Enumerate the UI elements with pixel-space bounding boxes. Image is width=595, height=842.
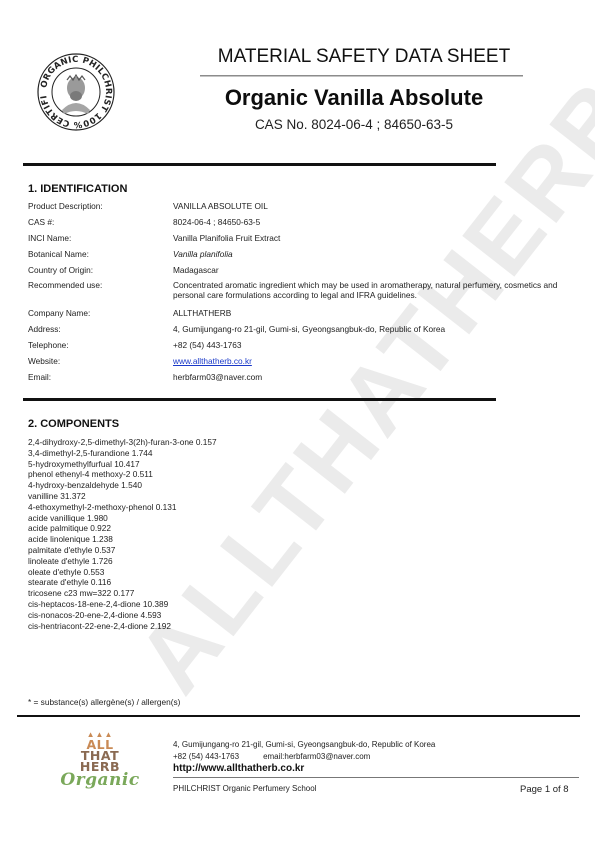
header-divider xyxy=(200,75,523,77)
value: herbfarm03@naver.com xyxy=(173,372,578,382)
component-item: cis-heptacos-18-ene-2,4-dione 10.389 xyxy=(28,599,217,610)
label: Botanical Name: xyxy=(28,249,89,259)
component-item: acide palmitique 0.922 xyxy=(28,523,217,534)
document-type-heading: MATERIAL SAFETY DATA SHEET xyxy=(200,46,528,68)
component-item: acide vanillique 1.980 xyxy=(28,513,217,524)
section-divider xyxy=(23,398,496,401)
section-title-identification: 1. IDENTIFICATION xyxy=(28,183,127,195)
allergen-note: * = substance(s) allergène(s) / allergen… xyxy=(28,697,180,707)
label: INCI Name: xyxy=(28,233,71,243)
website-link[interactable]: www.allthatherb.co.kr xyxy=(173,356,252,366)
label: Email: xyxy=(28,372,51,382)
value: Madagascar xyxy=(173,265,578,275)
label: Website: xyxy=(28,356,60,366)
component-item: 5-hydroxymethylfurfual 10.417 xyxy=(28,459,217,470)
footer-address: 4, Gumijungang-ro 21-gil, Gumi-si, Gyeon… xyxy=(173,740,435,749)
label: Recommended use: xyxy=(28,280,102,290)
product-title: Organic Vanilla Absolute xyxy=(180,85,528,111)
component-item: cis-hentriacont-22-ene-2,4-dione 2.192 xyxy=(28,621,217,632)
footer-contact: +82 (54) 443-1763email:herbfarm03@naver.… xyxy=(173,752,370,761)
component-item: oleate d'ethyle 0.553 xyxy=(28,567,217,578)
value: +82 (54) 443-1763 xyxy=(173,340,578,350)
label: Telephone: xyxy=(28,340,69,350)
footer-url[interactable]: http://www.allthatherb.co.kr xyxy=(173,763,304,774)
section-title-components: 2. COMPONENTS xyxy=(28,418,119,430)
component-item: 4-ethoxymethyl-2-methoxy-phenol 0.131 xyxy=(28,502,217,513)
value: VANILLA ABSOLUTE OIL xyxy=(173,201,578,211)
footer-phone: +82 (54) 443-1763 xyxy=(173,752,239,761)
footer-rule xyxy=(173,777,579,778)
label: CAS #: xyxy=(28,217,54,227)
philchrist-certified-seal: ORGANIC PHILCHRIST 100% CERTIFIED xyxy=(36,52,116,132)
section-divider xyxy=(23,163,496,166)
footer-divider xyxy=(17,715,580,717)
components-list: 2,4-dihydroxy-2,5-dimethyl-3(2h)-furan-3… xyxy=(28,437,217,631)
value: Vanilla Planifolia Fruit Extract xyxy=(173,233,578,243)
component-item: cis-nonacos-20-ene-2,4-dione 4.593 xyxy=(28,610,217,621)
footer-school-name: PHILCHRIST Organic Perfumery School xyxy=(173,784,316,793)
label: Product Description: xyxy=(28,201,103,211)
component-item: linoleate d'ethyle 1.726 xyxy=(28,556,217,567)
component-item: stearate d'ethyle 0.116 xyxy=(28,577,217,588)
component-item: vanilline 31.372 xyxy=(28,491,217,502)
cas-number-header: CAS No. 8024-06-4 ; 84650-63-5 xyxy=(180,117,528,132)
component-item: acide linolenique 1.238 xyxy=(28,534,217,545)
seal-icon: ORGANIC PHILCHRIST 100% CERTIFIED xyxy=(36,52,116,132)
logo-text-organic: Organic xyxy=(60,772,140,788)
page-number: Page 1 of 8 xyxy=(520,784,569,795)
value: ALLTHATHERB xyxy=(173,308,578,318)
component-item: phenol ethenyl-4 methoxy-2 0.511 xyxy=(28,469,217,480)
allthatherb-organic-logo: ▲▲▲ ALL THAT HERB Organic xyxy=(60,731,140,801)
component-item: 2,4-dihydroxy-2,5-dimethyl-3(2h)-furan-3… xyxy=(28,437,217,448)
value: Vanilla planifolia xyxy=(173,249,578,259)
component-item: 4-hydroxy-benzaldehyde 1.540 xyxy=(28,480,217,491)
value: 8024-06-4 ; 84650-63-5 xyxy=(173,217,578,227)
component-item: palmitate d'ethyle 0.537 xyxy=(28,545,217,556)
footer-email: email:herbfarm03@naver.com xyxy=(263,752,370,761)
value: Concentrated aromatic ingredient which m… xyxy=(173,280,578,300)
label: Company Name: xyxy=(28,308,90,318)
label: Country of Origin: xyxy=(28,265,93,275)
label: Address: xyxy=(28,324,61,334)
component-item: tricosene c23 mw=322 0.177 xyxy=(28,588,217,599)
component-item: 3,4-dimethyl-2,5-furandione 1.744 xyxy=(28,448,217,459)
value: 4, Gumijungang-ro 21-gil, Gumi-si, Gyeon… xyxy=(173,324,578,334)
